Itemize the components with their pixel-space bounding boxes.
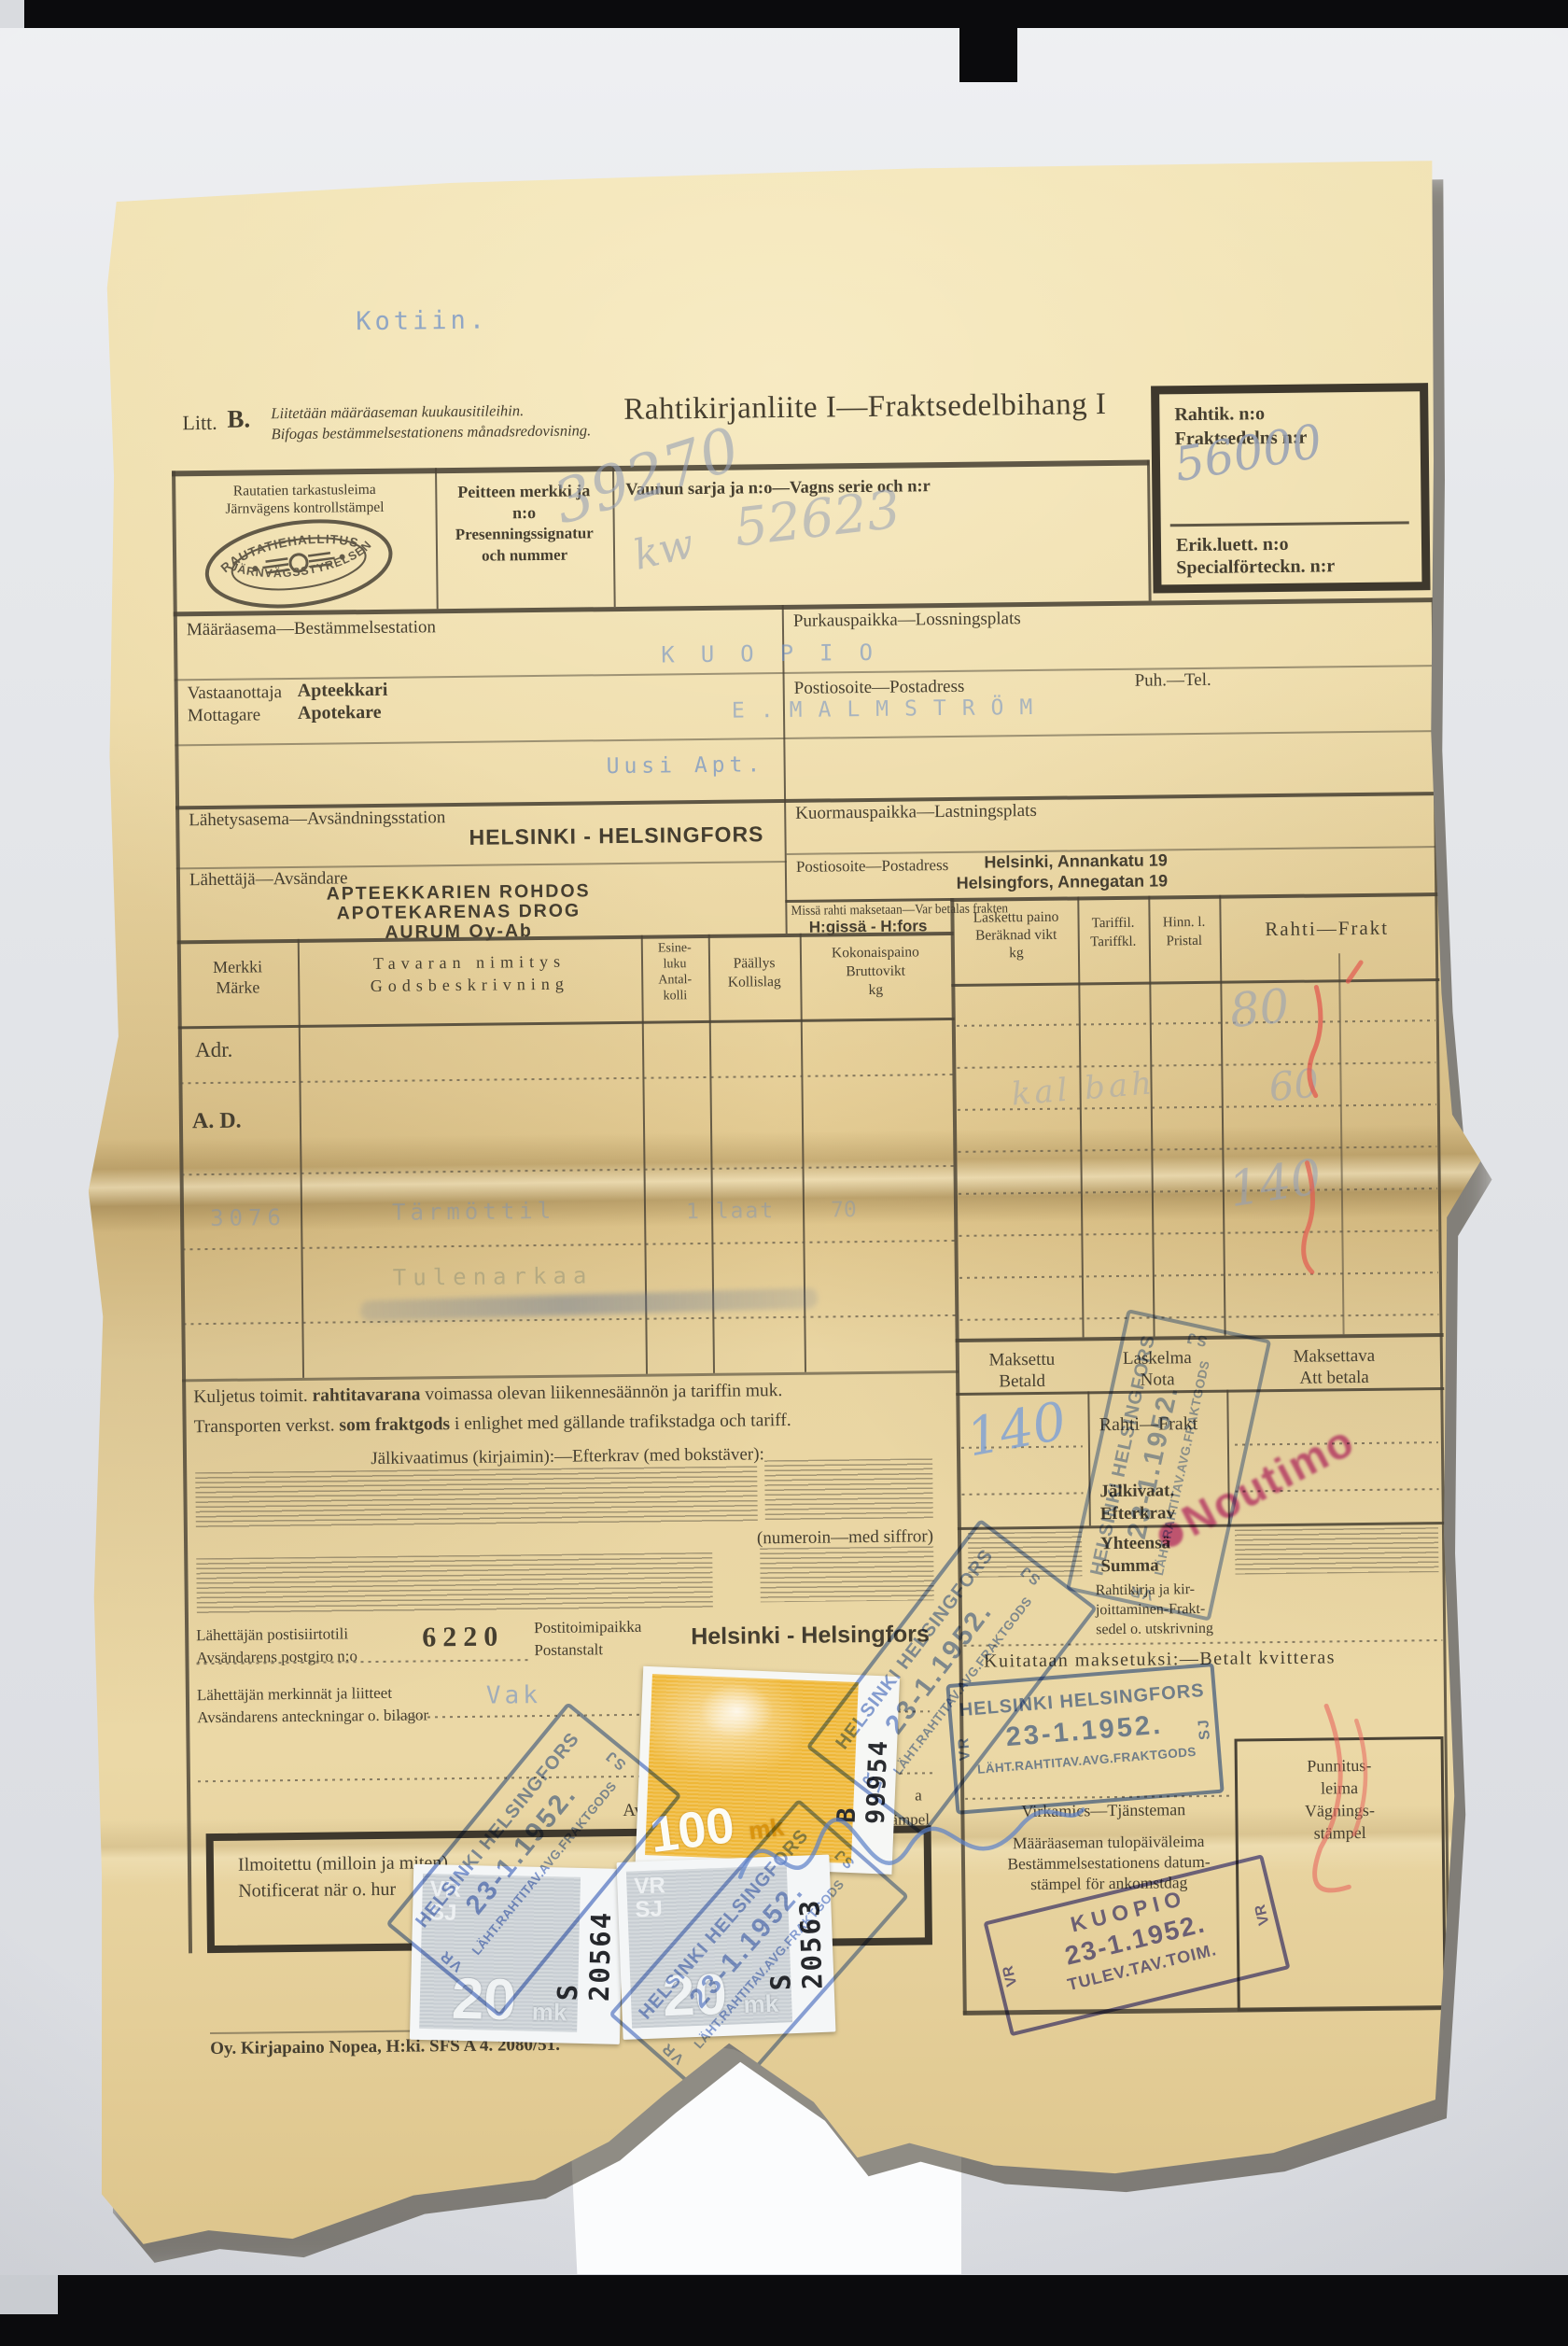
- blue-signature-squiggle: [739, 1809, 1084, 1876]
- photo-bottom-band: [0, 2275, 1568, 2346]
- red-pencil-squiggle: [1352, 1721, 1365, 1834]
- red-pencil-tick: [1348, 962, 1361, 981]
- scan-photo: Kotiin. Litt. B. Liitetään määräaseman k…: [0, 0, 1568, 2346]
- red-pencil-squiggle: [1313, 1706, 1350, 1890]
- photo-top-tab: [959, 28, 1017, 82]
- waybill-document: Kotiin. Litt. B. Liitetään määräaseman k…: [77, 153, 1495, 2260]
- handwriting-overlay: [77, 153, 1495, 2260]
- photo-bottom-corner: [0, 2275, 58, 2314]
- red-pencil-mark: [1303, 1163, 1314, 1272]
- photo-top-corner: [0, 0, 24, 28]
- red-pencil-mark: [1309, 987, 1322, 1095]
- photo-top-band: [0, 0, 1568, 28]
